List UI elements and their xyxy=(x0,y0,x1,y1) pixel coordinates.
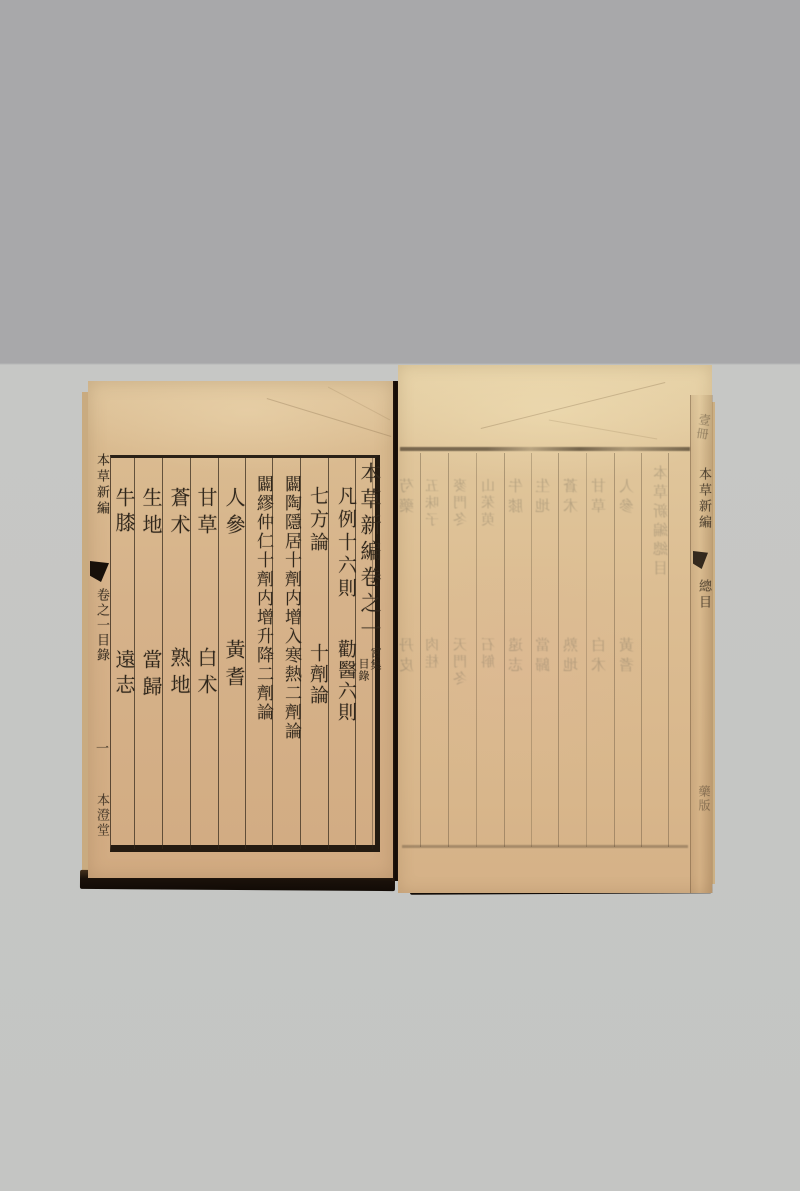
toc-entry: 闢陶隱居十劑内增入寒熱二劑論 xyxy=(273,475,299,741)
herb-entry: 黃耆 xyxy=(218,639,244,693)
herb-entry: 熟地 xyxy=(163,647,189,701)
herb-entry: 甘草 xyxy=(190,487,216,541)
fishtail-mark-icon xyxy=(90,561,109,582)
showthrough-entry: 山茱萸 xyxy=(482,478,504,529)
showthrough-entry: 天門冬 xyxy=(454,637,476,688)
showthrough-entry: 甘草 xyxy=(592,478,614,518)
showthrough-entry: 芍藥 xyxy=(400,478,422,518)
paper-crease xyxy=(481,382,666,429)
left-page: 本草新編卷之一 宮集 目錄 凡例十六則 勸醫六則 七方論 十劑論 闢陶隱居十劑内… xyxy=(88,381,393,878)
showthrough-entry: 當歸 xyxy=(536,637,558,677)
contents-label: 目錄 xyxy=(357,658,369,682)
right-page: 本草新編總目 人參 黃耆 甘草 白术 蒼术 熟地 生地 當歸 牛膝 遠志 山茱萸… xyxy=(398,365,712,893)
collection-label: 宮集 xyxy=(369,647,381,671)
showthrough-entry: 牛膝 xyxy=(509,478,531,518)
toc-entry: 七方論 xyxy=(301,486,327,555)
showthrough-entry: 白术 xyxy=(592,637,614,677)
showthrough-entry: 生地 xyxy=(536,478,558,518)
chapter-title: 本草新編卷之一 xyxy=(356,462,380,644)
herb-entry: 遠志 xyxy=(110,649,134,699)
banxin-book-title: 本草新編 xyxy=(91,453,108,517)
showthrough-entry: 丹皮 xyxy=(400,637,422,677)
showthrough-entry: 人參 xyxy=(620,478,642,518)
showthrough-entry: 五味子 xyxy=(426,478,448,529)
showthrough-rule xyxy=(586,453,587,847)
showthrough-rule xyxy=(476,453,477,847)
showthrough-entry: 麥門冬 xyxy=(454,478,476,529)
showthrough-rule xyxy=(531,453,532,847)
edge-book-title: 本草新編 xyxy=(694,467,710,531)
showthrough-rule xyxy=(448,453,449,847)
paper-crease xyxy=(328,387,390,421)
showthrough-bottom-border xyxy=(402,845,688,848)
edge-stamp-text: 藥版 xyxy=(694,785,710,813)
book-scan-photo: 本草新編卷之一 宮集 目錄 凡例十六則 勸醫六則 七方論 十劑論 闢陶隱居十劑内… xyxy=(0,0,800,1191)
toc-entry: 闢繆仲仁十劑内增升降二劑論 xyxy=(245,475,271,722)
herb-entry: 牛膝 xyxy=(110,487,134,537)
paper-crease xyxy=(549,419,658,439)
showthrough-rule xyxy=(558,453,559,847)
showthrough-top-border xyxy=(400,447,690,451)
showthrough-rule xyxy=(614,453,615,847)
showthrough-entry: 肉桂 xyxy=(426,637,448,671)
showthrough-title: 本草新編總目 xyxy=(654,465,678,579)
showthrough-entry: 黃耆 xyxy=(620,637,642,677)
banxin-section: 卷之一目錄 xyxy=(91,588,108,663)
toc-entry: 凡例十六則 xyxy=(329,486,355,601)
showthrough-entry: 蒼术 xyxy=(564,478,586,518)
edge-section-label: 總目 xyxy=(694,579,710,611)
showthrough-entry: 遠志 xyxy=(509,637,531,677)
showthrough-entry: 石斛 xyxy=(482,637,504,671)
paper-crease xyxy=(267,398,392,437)
showthrough-entry: 熟地 xyxy=(564,637,586,677)
toc-entry: 十劑論 xyxy=(301,643,327,706)
herb-entry: 蒼术 xyxy=(163,487,189,541)
banxin-page-number: 一 xyxy=(92,741,107,757)
showthrough-rule xyxy=(504,453,505,847)
herb-entry: 當歸 xyxy=(135,649,161,703)
herb-entry: 生地 xyxy=(135,487,161,541)
toc-entry: 勸醫六則 xyxy=(329,639,355,723)
herb-entry: 人參 xyxy=(218,487,244,541)
herb-entry: 白术 xyxy=(190,647,216,701)
edge-handwriting: 壹冊 xyxy=(691,412,711,442)
banxin-publisher: 本澄堂 xyxy=(91,793,108,838)
